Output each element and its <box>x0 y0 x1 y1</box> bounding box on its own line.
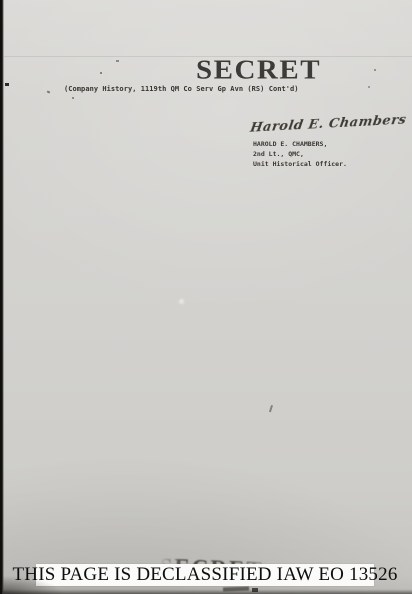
signature-rank-line: 2nd Lt., QMC, <box>253 149 347 159</box>
film-speck <box>100 72 102 74</box>
document-header-line: (Company History, 1119th QM Co Serv Gp A… <box>64 85 299 93</box>
signature-title-line: Unit Historical Officer. <box>253 159 347 169</box>
film-speck <box>116 60 119 62</box>
film-edge-left <box>0 0 4 594</box>
signature-typed-name: HAROLD E. CHAMBERS, <box>253 139 347 149</box>
classification-stamp-top: SECRET <box>196 55 321 86</box>
signature-typed-block: HAROLD E. CHAMBERS, 2nd Lt., QMC, Unit H… <box>253 139 347 169</box>
paper-blemish <box>179 299 184 304</box>
film-speck <box>5 83 9 86</box>
classification-stamp-bottom-text: SECRET <box>160 554 280 564</box>
handwritten-signature: Harold E. Chambers <box>249 113 407 136</box>
film-speck <box>72 97 74 99</box>
scanned-document-page: SECRET (Company History, 1119th QM Co Se… <box>0 0 412 594</box>
film-speck <box>368 86 370 88</box>
stray-pen-mark <box>269 405 273 412</box>
film-speck <box>47 90 51 93</box>
classification-stamp-bottom-partial: SECRET <box>160 554 280 564</box>
film-speck <box>374 69 376 71</box>
film-edge-bottom <box>0 589 412 594</box>
